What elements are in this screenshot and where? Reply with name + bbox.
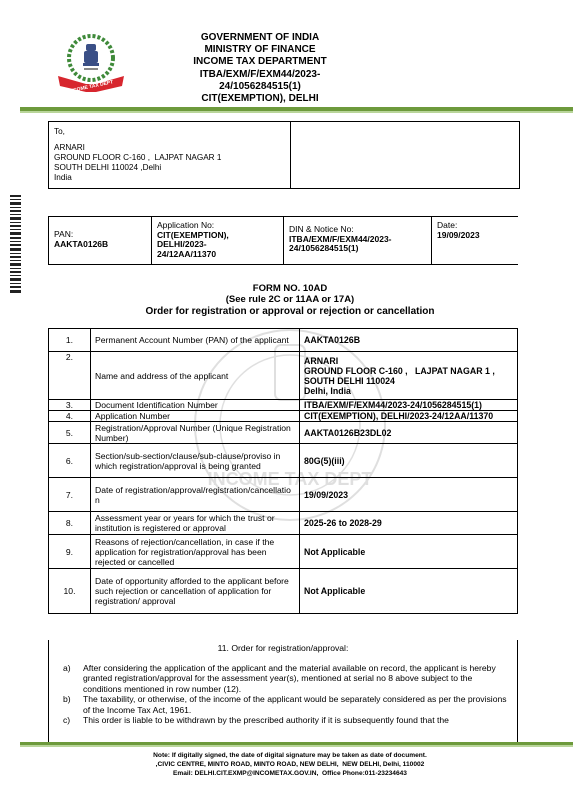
row-number: 4. [49, 411, 91, 422]
header-divider-light [20, 111, 573, 113]
recipient-name: ARNARI [54, 143, 285, 153]
row-label: Section/sub-section/clause/sub-clause/pr… [91, 444, 300, 478]
row-label: Application Number [91, 411, 300, 422]
footer-note: Note: If digitally signed, the date of d… [30, 751, 550, 760]
recipient-address-line-2: SOUTH DELHI 110024 ,Delhi [54, 163, 285, 173]
application-number-cell: Application No: CIT(EXEMPTION), DELHI/20… [152, 217, 284, 264]
income-tax-department-emblem-icon: INCOME TAX DEPT [56, 32, 126, 94]
application-number-line-3: 24/12AA/11370 [157, 250, 278, 260]
form-heading: Order for registration or approval or re… [30, 306, 550, 317]
order-item-marker: a) [63, 663, 83, 695]
recipient-address-line-1: GROUND FLOOR C-160 , LAJPAT NAGAR 1 [54, 153, 285, 163]
registration-number: AAKTA0126B23DL02 [300, 422, 518, 444]
applicant-address-line-1: GROUND FLOOR C-160 , LAJPAT NAGAR 1 , [304, 366, 513, 376]
date-cell: Date: 19/09/2023 [432, 217, 518, 264]
table-row: 7. Date of registration/approval/registr… [49, 478, 518, 512]
header-line-6: CIT(EXEMPTION), DELHI [160, 93, 360, 105]
header-line-5: 24/1056284515(1) [160, 81, 360, 93]
header-line-2: MINISTRY OF FINANCE [160, 44, 360, 56]
rejection-reasons: Not Applicable [300, 535, 518, 569]
order-item-marker: c) [63, 715, 83, 726]
table-row: 3. Document Identification Number ITBA/E… [49, 400, 518, 411]
row-label: Assessment year or years for which the t… [91, 512, 300, 535]
pan-cell: PAN: AAKTA0126B [48, 217, 152, 264]
header-line-3: INCOME TAX DEPARTMENT [160, 56, 360, 68]
table-row: 2. Name and address of the applicant ARN… [49, 352, 518, 400]
date-value: 19/09/2023 [437, 230, 480, 240]
order-item-text: This order is liable to be withdrawn by … [83, 715, 449, 726]
applicant-name: ARNARI [304, 356, 513, 366]
recipient-box-blank [291, 122, 519, 188]
row-label: Permanent Account Number (PAN) of the ap… [91, 329, 300, 352]
row-number: 5. [49, 422, 91, 444]
header-line-4: ITBA/EXM/F/EXM44/2023- [160, 69, 360, 81]
letterhead-title: GOVERNMENT OF INDIA MINISTRY OF FINANCE … [160, 32, 360, 105]
application-number: CIT(EXEMPTION), DELHI/2023-24/12AA/11370 [300, 411, 518, 422]
footer: Note: If digitally signed, the date of d… [30, 751, 550, 778]
order-item-text: After considering the application of the… [83, 663, 509, 695]
din-cell: DIN & Notice No: ITBA/EXM/F/EXM44/2023- … [284, 217, 432, 264]
order-list: a) After considering the application of … [49, 663, 517, 726]
row-number: 7. [49, 478, 91, 512]
order-item: c) This order is liable to be withdrawn … [63, 715, 509, 726]
row-number: 6. [49, 444, 91, 478]
row-label: Date of registration/approval/registrati… [91, 478, 300, 512]
to-label: To, [54, 127, 285, 137]
table-row: 8. Assessment year or years for which th… [49, 512, 518, 535]
row-label: Document Identification Number [91, 400, 300, 411]
row-number: 10. [49, 569, 91, 614]
row-label: Date of opportunity afforded to the appl… [91, 569, 300, 614]
order-item-marker: b) [63, 694, 83, 715]
section-granted: 80G(5)(iii) [300, 444, 518, 478]
form-number: FORM NO. 10AD [30, 283, 550, 294]
opportunity-date: Not Applicable [300, 569, 518, 614]
row-label: Registration/Approval Number (Unique Reg… [91, 422, 300, 444]
form-10ad-table: 1. Permanent Account Number (PAN) of the… [48, 328, 518, 614]
row-number: 3. [49, 400, 91, 411]
table-row: 9. Reasons of rejection/cancellation, in… [49, 535, 518, 569]
order-item: b) The taxability, or otherwise, of the … [63, 694, 509, 715]
order-item: a) After considering the application of … [63, 663, 509, 695]
barcode-icon [10, 195, 21, 295]
document-identification-number: ITBA/EXM/F/EXM44/2023-24/1056284515(1) [300, 400, 518, 411]
assessment-years: 2025-26 to 2028-29 [300, 512, 518, 535]
row-number: 2. [49, 352, 91, 400]
table-row: 6. Section/sub-section/clause/sub-clause… [49, 444, 518, 478]
row-number: 8. [49, 512, 91, 535]
applicant-address-line-2: SOUTH DELHI 110024 [304, 376, 513, 386]
row-number: 9. [49, 535, 91, 569]
applicant-address-line-3: Delhi, India [304, 386, 513, 396]
recipient-box: To, ARNARI GROUND FLOOR C-160 , LAJPAT N… [48, 121, 520, 189]
row-label: Name and address of the applicant [91, 352, 300, 400]
recipient-country: India [54, 173, 285, 183]
pan-value: AAKTA0126B [54, 239, 108, 249]
registration-date: 19/09/2023 [300, 478, 518, 512]
row-label: Reasons of rejection/cancellation, in ca… [91, 535, 300, 569]
table-row: 10. Date of opportunity afforded to the … [49, 569, 518, 614]
footer-divider-light [20, 745, 573, 747]
header-line-1: GOVERNMENT OF INDIA [160, 32, 360, 44]
table-row: 1. Permanent Account Number (PAN) of the… [49, 329, 518, 352]
recipient-address: To, ARNARI GROUND FLOOR C-160 , LAJPAT N… [49, 122, 291, 188]
form-rule-reference: (See rule 2C or 11AA or 17A) [30, 294, 550, 305]
order-section: 11. Order for registration/approval: a) … [48, 640, 518, 742]
order-title: 11. Order for registration/approval: [49, 640, 517, 654]
pan-value: AAKTA0126B [300, 329, 518, 352]
table-row: 5. Registration/Approval Number (Unique … [49, 422, 518, 444]
footer-contact: Email: DELHI.CIT.EXMP@INCOMETAX.GOV.IN, … [30, 769, 550, 778]
applicant-name-address: ARNARI GROUND FLOOR C-160 , LAJPAT NAGAR… [300, 352, 518, 400]
footer-address: ,CIVIC CENTRE, MINTO ROAD, MINTO ROAD, N… [30, 760, 550, 769]
row-number: 1. [49, 329, 91, 352]
reference-info-strip: PAN: AAKTA0126B Application No: CIT(EXEM… [48, 216, 518, 265]
letterhead: INCOME TAX DEPT GOVERNMENT OF INDIA MINI… [0, 0, 573, 110]
din-value-line-2: 24/1056284515(1) [289, 244, 426, 254]
table-row: 4. Application Number CIT(EXEMPTION), DE… [49, 411, 518, 422]
order-item-text: The taxability, or otherwise, of the inc… [83, 694, 509, 715]
